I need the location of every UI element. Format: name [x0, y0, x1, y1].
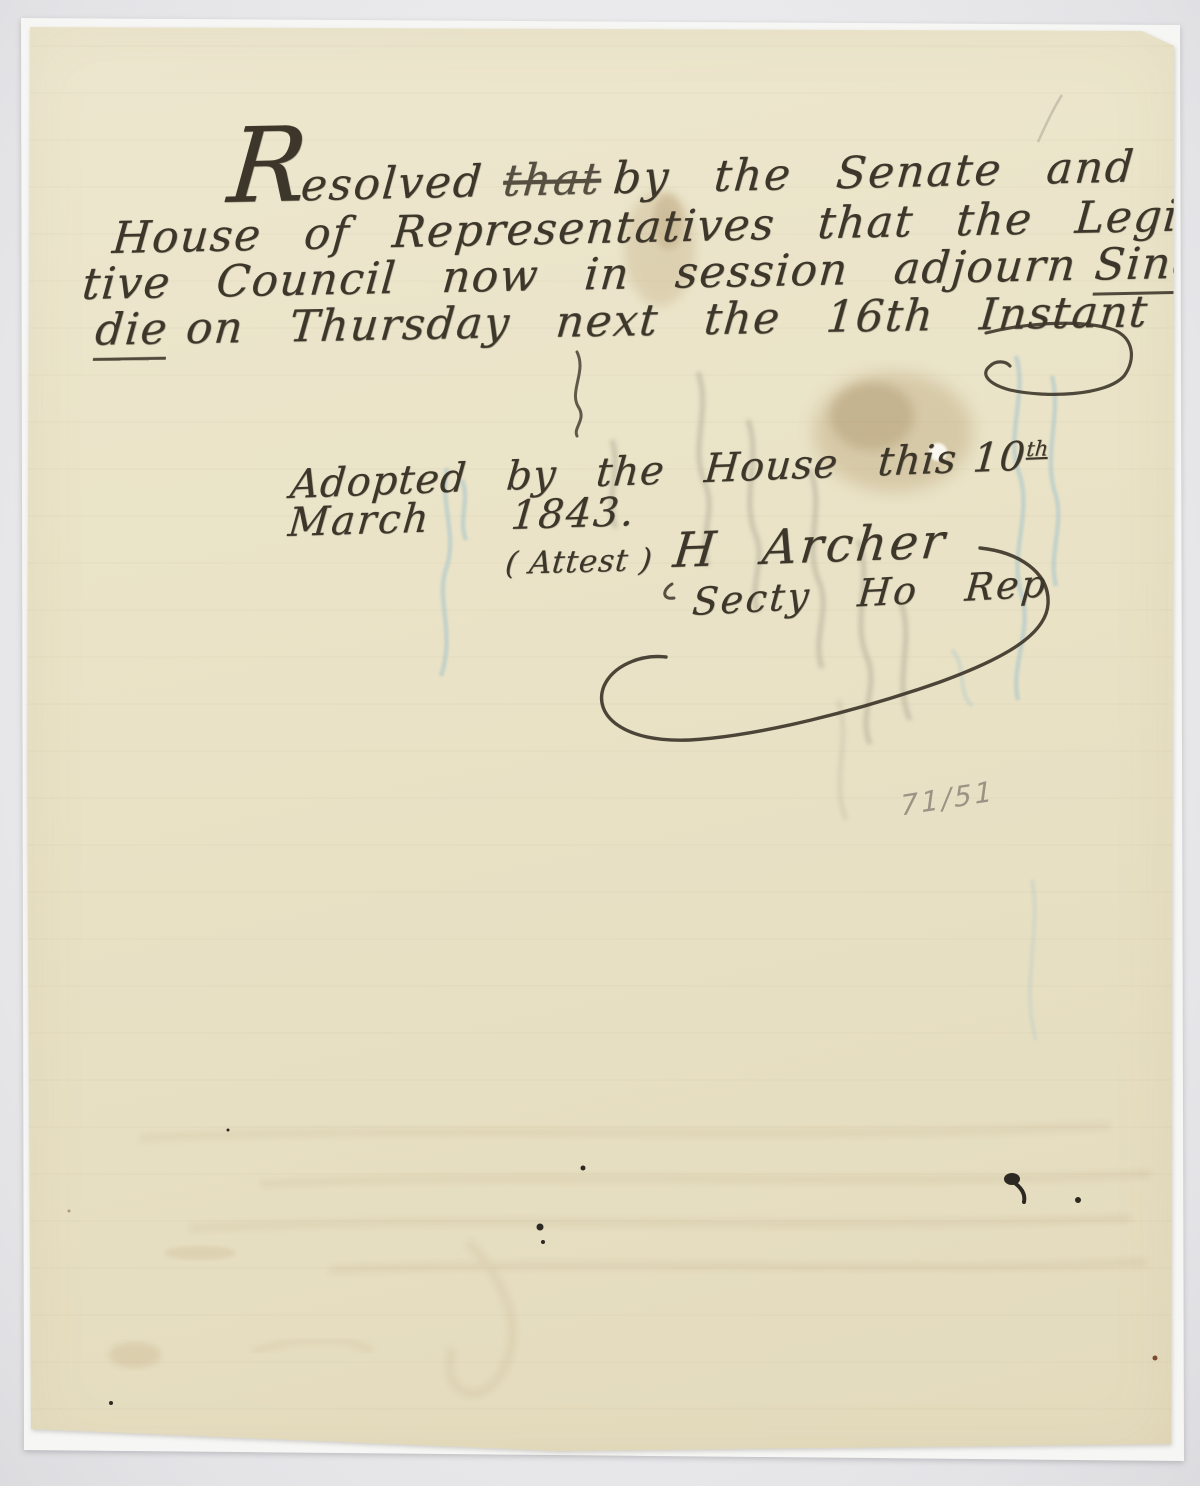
adoption-line-2: March 1843.	[287, 492, 638, 543]
ink-specks	[68, 1129, 1158, 1406]
archival-number: 71/51	[900, 774, 996, 822]
underlined-word-die: die	[93, 304, 171, 361]
manuscript-paper: Resolvedthatby the Senate and House of R…	[0, 0, 1200, 1486]
adoption-line-1: Adopted by the House this10th	[289, 436, 1050, 505]
struck-out-word: that	[501, 153, 603, 206]
verso-bleedthrough-lines	[140, 1126, 1150, 1393]
adoption-day: 10	[971, 434, 1028, 482]
scanner-background: Resolvedthatby the Senate and House of R…	[0, 0, 1200, 1486]
ink-streak	[575, 352, 581, 436]
adoption-ordinal: th	[1026, 436, 1050, 461]
word-resolved: Resolved	[225, 110, 490, 219]
paper-shadow: Resolvedthatby the Senate and House of R…	[0, 0, 1200, 1486]
pen-start-mark	[665, 584, 674, 598]
tan-stains	[109, 190, 973, 1368]
signature-name: H Archer	[671, 517, 950, 575]
attest-note: ( Attest )	[504, 545, 654, 580]
